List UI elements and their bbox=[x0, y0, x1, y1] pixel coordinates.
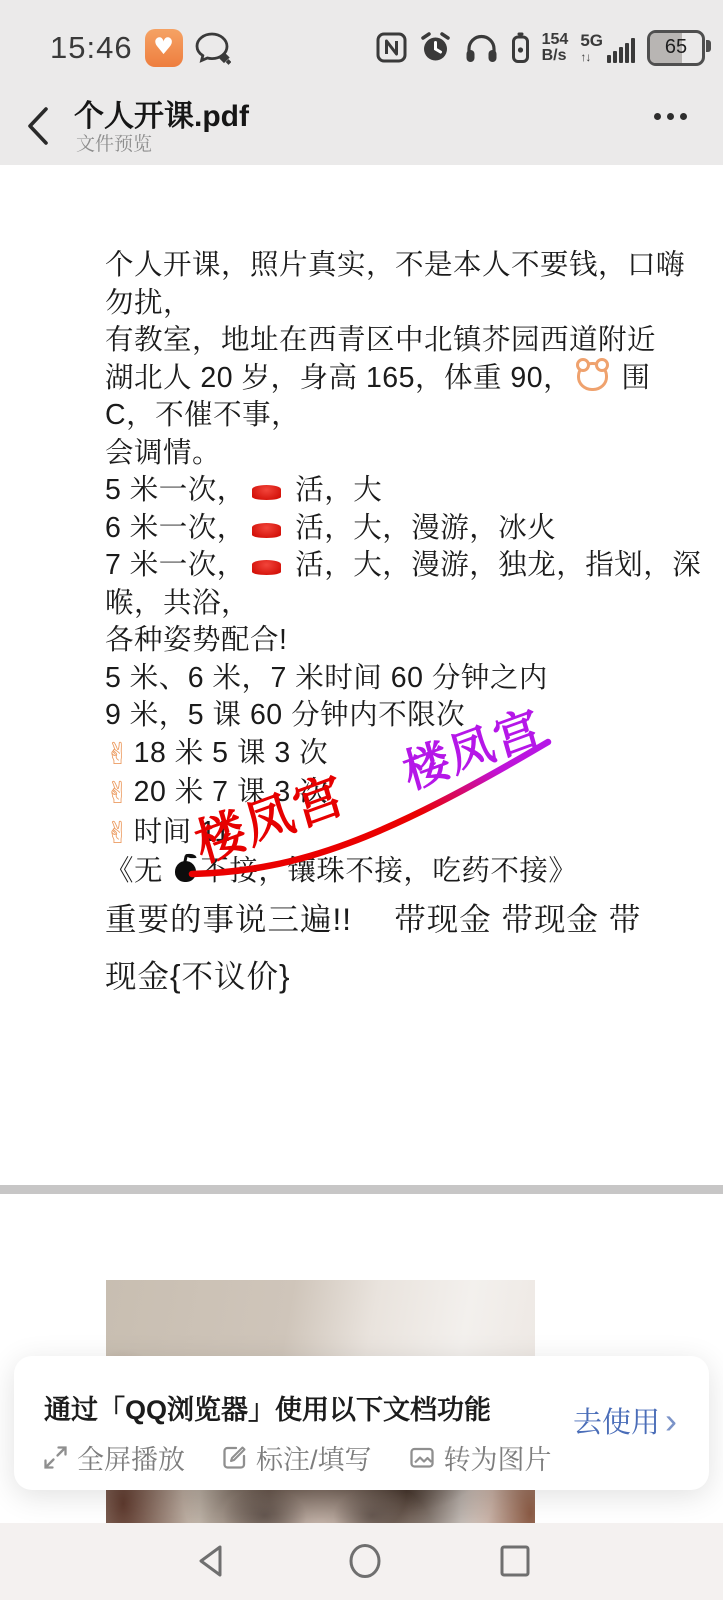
victory-hand-emoji bbox=[105, 776, 131, 814]
document-lines: 个人开课，照片真实，不是本人不要钱，口嗨勿扰，有教室，地址在西青区中北镇芥园西道… bbox=[105, 247, 645, 1005]
text-segment: 7 米一次， bbox=[105, 549, 246, 581]
bear-emoji bbox=[577, 362, 608, 391]
alarm-icon bbox=[419, 31, 452, 64]
text-segment: 围 bbox=[613, 362, 650, 394]
document-line: 有教室，地址在西青区中北镇芥园西道附近 bbox=[105, 322, 645, 360]
headset-icon bbox=[464, 32, 499, 63]
header: 个人开课.pdf 文件预览 bbox=[0, 85, 723, 165]
fullscreen-icon bbox=[42, 1444, 69, 1471]
status-bar: 15:46 bbox=[0, 0, 723, 85]
victory-hand-emoji bbox=[105, 737, 131, 775]
lips-emoji bbox=[252, 560, 281, 575]
document-line: 喉，共浴， bbox=[105, 585, 645, 623]
victory-hand-emoji bbox=[105, 816, 131, 854]
network-speed: 154 B/s bbox=[542, 32, 569, 64]
nav-home-button[interactable] bbox=[347, 1542, 383, 1580]
feature-to-image[interactable]: 转为图片 bbox=[408, 1438, 552, 1477]
text-segment: 现金{不议价} bbox=[105, 958, 291, 994]
document-line: 6 米一次， 活，大，漫游，冰火 bbox=[105, 510, 645, 548]
text-segment: 各种姿势配合! bbox=[105, 624, 287, 656]
document-line: 会调情。 bbox=[105, 435, 645, 473]
document-line: 5 米一次， 活，大 bbox=[105, 472, 645, 510]
page-divider bbox=[0, 1185, 723, 1194]
promo-title: 通过「QQ浏览器」使用以下文档功能 bbox=[44, 1388, 491, 1427]
signal-icon: 5G ↑↓ bbox=[580, 33, 635, 63]
home-circle-icon bbox=[347, 1542, 383, 1580]
text-segment: 有教室，地址在西青区中北镇芥园西道附近 bbox=[105, 324, 656, 356]
annotate-icon bbox=[221, 1444, 248, 1471]
text-segment: 勿扰， bbox=[105, 287, 192, 319]
status-icons-right: 154 B/s 5G ↑↓ 65 bbox=[376, 30, 705, 66]
text-segment: 个人开课，照片真实，不是本人不要钱，口嗨 bbox=[105, 249, 685, 281]
text-segment: 5 米、6 米，7 米时间 60 分钟之内 bbox=[105, 662, 548, 694]
chevron-left-icon bbox=[24, 103, 52, 149]
battery-percent: 65 bbox=[665, 36, 687, 59]
text-segment: 会调情。 bbox=[105, 437, 221, 469]
health-app-icon bbox=[145, 29, 183, 67]
signal-bars-icon bbox=[607, 37, 635, 63]
document-line: 个人开课，照片真实，不是本人不要钱，口嗨 bbox=[105, 247, 645, 285]
text-segment: 5 米一次， bbox=[105, 474, 246, 506]
updown-arrows-icon: ↑↓ bbox=[580, 50, 590, 64]
document-line: 7 米一次， 活，大，漫游，独龙，指划，深 bbox=[105, 547, 645, 585]
text-segment: 活，大，漫游，冰火 bbox=[287, 512, 556, 544]
go-use-button[interactable]: 去使用› bbox=[573, 1400, 677, 1441]
navigation-bar bbox=[0, 1523, 723, 1600]
back-triangle-icon bbox=[195, 1542, 225, 1580]
document-line: 湖北人 20 岁，身高 165，体重 90， 围 bbox=[105, 360, 645, 398]
feature-annotate[interactable]: 标注/填写 bbox=[221, 1438, 372, 1477]
chat-bubble-icon bbox=[193, 30, 231, 66]
text-segment: 活，大 bbox=[287, 474, 382, 506]
network-type: 5G bbox=[580, 31, 603, 50]
text-segment: 重要的事说三遍!! 带现金 带现金 带 bbox=[105, 901, 641, 937]
back-button[interactable] bbox=[24, 103, 58, 149]
phone-icon bbox=[511, 32, 530, 64]
feature-row: 全屏播放 标注/填写 转为图片 bbox=[42, 1438, 552, 1477]
lips-emoji bbox=[252, 485, 281, 500]
top-chrome: 15:46 bbox=[0, 0, 723, 165]
document-line: 现金{不议价} bbox=[105, 948, 645, 1005]
pdf-page-1[interactable]: 个人开课，照片真实，不是本人不要钱，口嗨勿扰，有教室，地址在西青区中北镇芥园西道… bbox=[0, 165, 723, 1185]
document-line: 各种姿势配合! bbox=[105, 622, 645, 660]
battery-icon: 65 bbox=[647, 30, 705, 66]
document-line: 重要的事说三遍!! 带现金 带现金 带 bbox=[105, 891, 645, 948]
text-segment: 6 米一次， bbox=[105, 512, 246, 544]
document-line: C，不催不事， bbox=[105, 397, 645, 435]
text-segment: C，不催不事， bbox=[105, 399, 300, 431]
file-subtitle: 文件预览 bbox=[76, 129, 152, 156]
nfc-icon bbox=[376, 32, 407, 63]
lips-emoji bbox=[252, 523, 281, 538]
chevron-right-icon: › bbox=[665, 1407, 677, 1435]
more-menu-button[interactable] bbox=[654, 113, 687, 120]
to-image-icon bbox=[408, 1444, 436, 1471]
recents-square-icon bbox=[499, 1542, 531, 1580]
screen: 15:46 bbox=[0, 0, 723, 1600]
promo-card: 通过「QQ浏览器」使用以下文档功能 去使用› 全屏播放 标注/填写 bbox=[14, 1356, 709, 1490]
text-segment: 喉，共浴， bbox=[105, 587, 250, 619]
feature-fullscreen[interactable]: 全屏播放 bbox=[42, 1438, 185, 1477]
text-segment: 活，大，漫游，独龙，指划，深 bbox=[287, 549, 701, 581]
text-segment: 湖北人 20 岁，身高 165，体重 90， bbox=[105, 362, 572, 394]
document-line: 勿扰， bbox=[105, 285, 645, 323]
clock: 15:46 bbox=[50, 30, 133, 66]
nav-recents-button[interactable] bbox=[499, 1542, 531, 1580]
nav-back-button[interactable] bbox=[195, 1542, 225, 1580]
